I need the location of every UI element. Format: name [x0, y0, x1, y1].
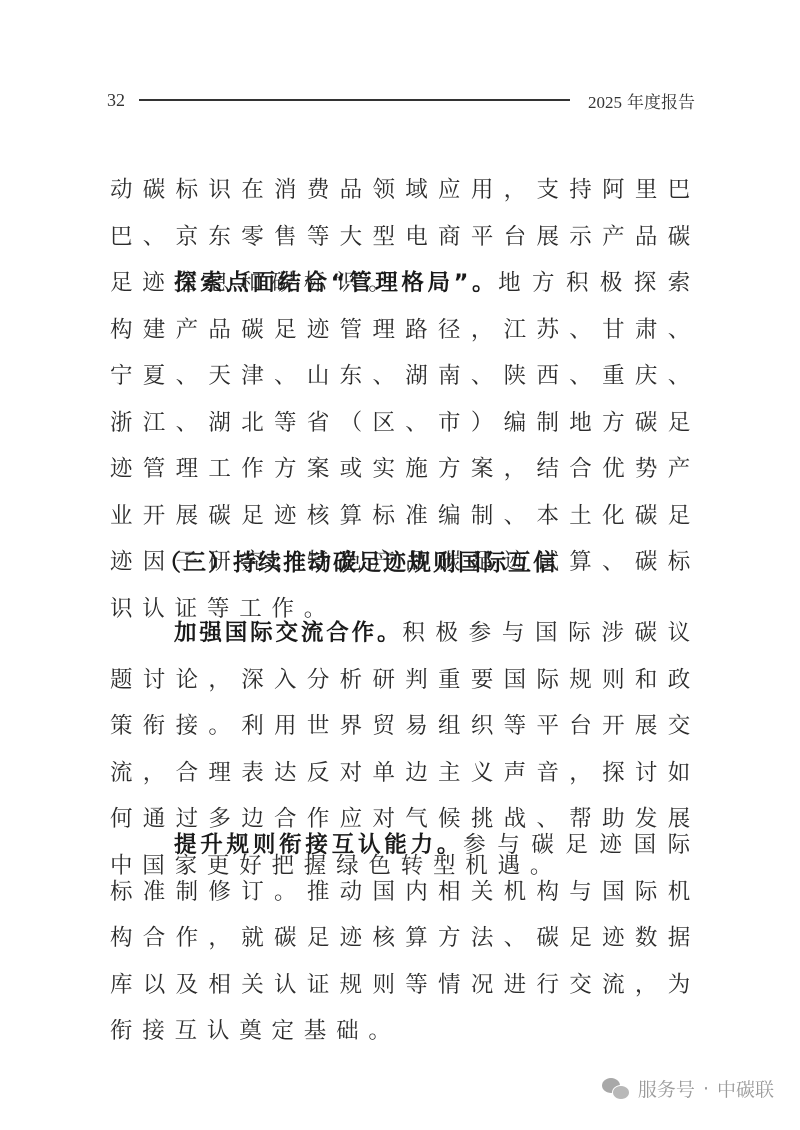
paragraph-lead: 探索点面结合“管理格局”。: [174, 270, 498, 296]
watermark-account-name: 中碳联: [717, 1075, 774, 1102]
section-heading: （三）持续推动碳足迹规则国际互信: [158, 544, 558, 577]
paragraph-rule-recognition: 提升规则衔接互认能力。参与碳足迹国际标准制修订。推动国内相关机构与国际机构合作，…: [110, 822, 700, 1055]
paragraph-text: 参与碳足迹国际标准制修订。推动国内相关机构与国际机构合作，就碳足迹核算方法、碳足…: [110, 832, 700, 1044]
watermark-account-type: 服务号: [638, 1075, 695, 1102]
report-year: 2025: [588, 93, 622, 112]
paragraph-lead: 加强国际交流合作。: [174, 620, 402, 646]
watermark-separator: ·: [703, 1078, 709, 1100]
report-label: 2025年度报告: [588, 88, 695, 113]
header-rule: [139, 99, 570, 101]
paragraph-lead: 提升规则衔接互认能力。: [174, 832, 463, 858]
wechat-icon: [602, 1078, 630, 1100]
watermark: 服务号 · 中碳联: [602, 1075, 774, 1102]
page-number: 32: [107, 90, 135, 111]
report-title: 年度报告: [627, 93, 695, 112]
page-header: 32 2025年度报告: [107, 88, 695, 112]
